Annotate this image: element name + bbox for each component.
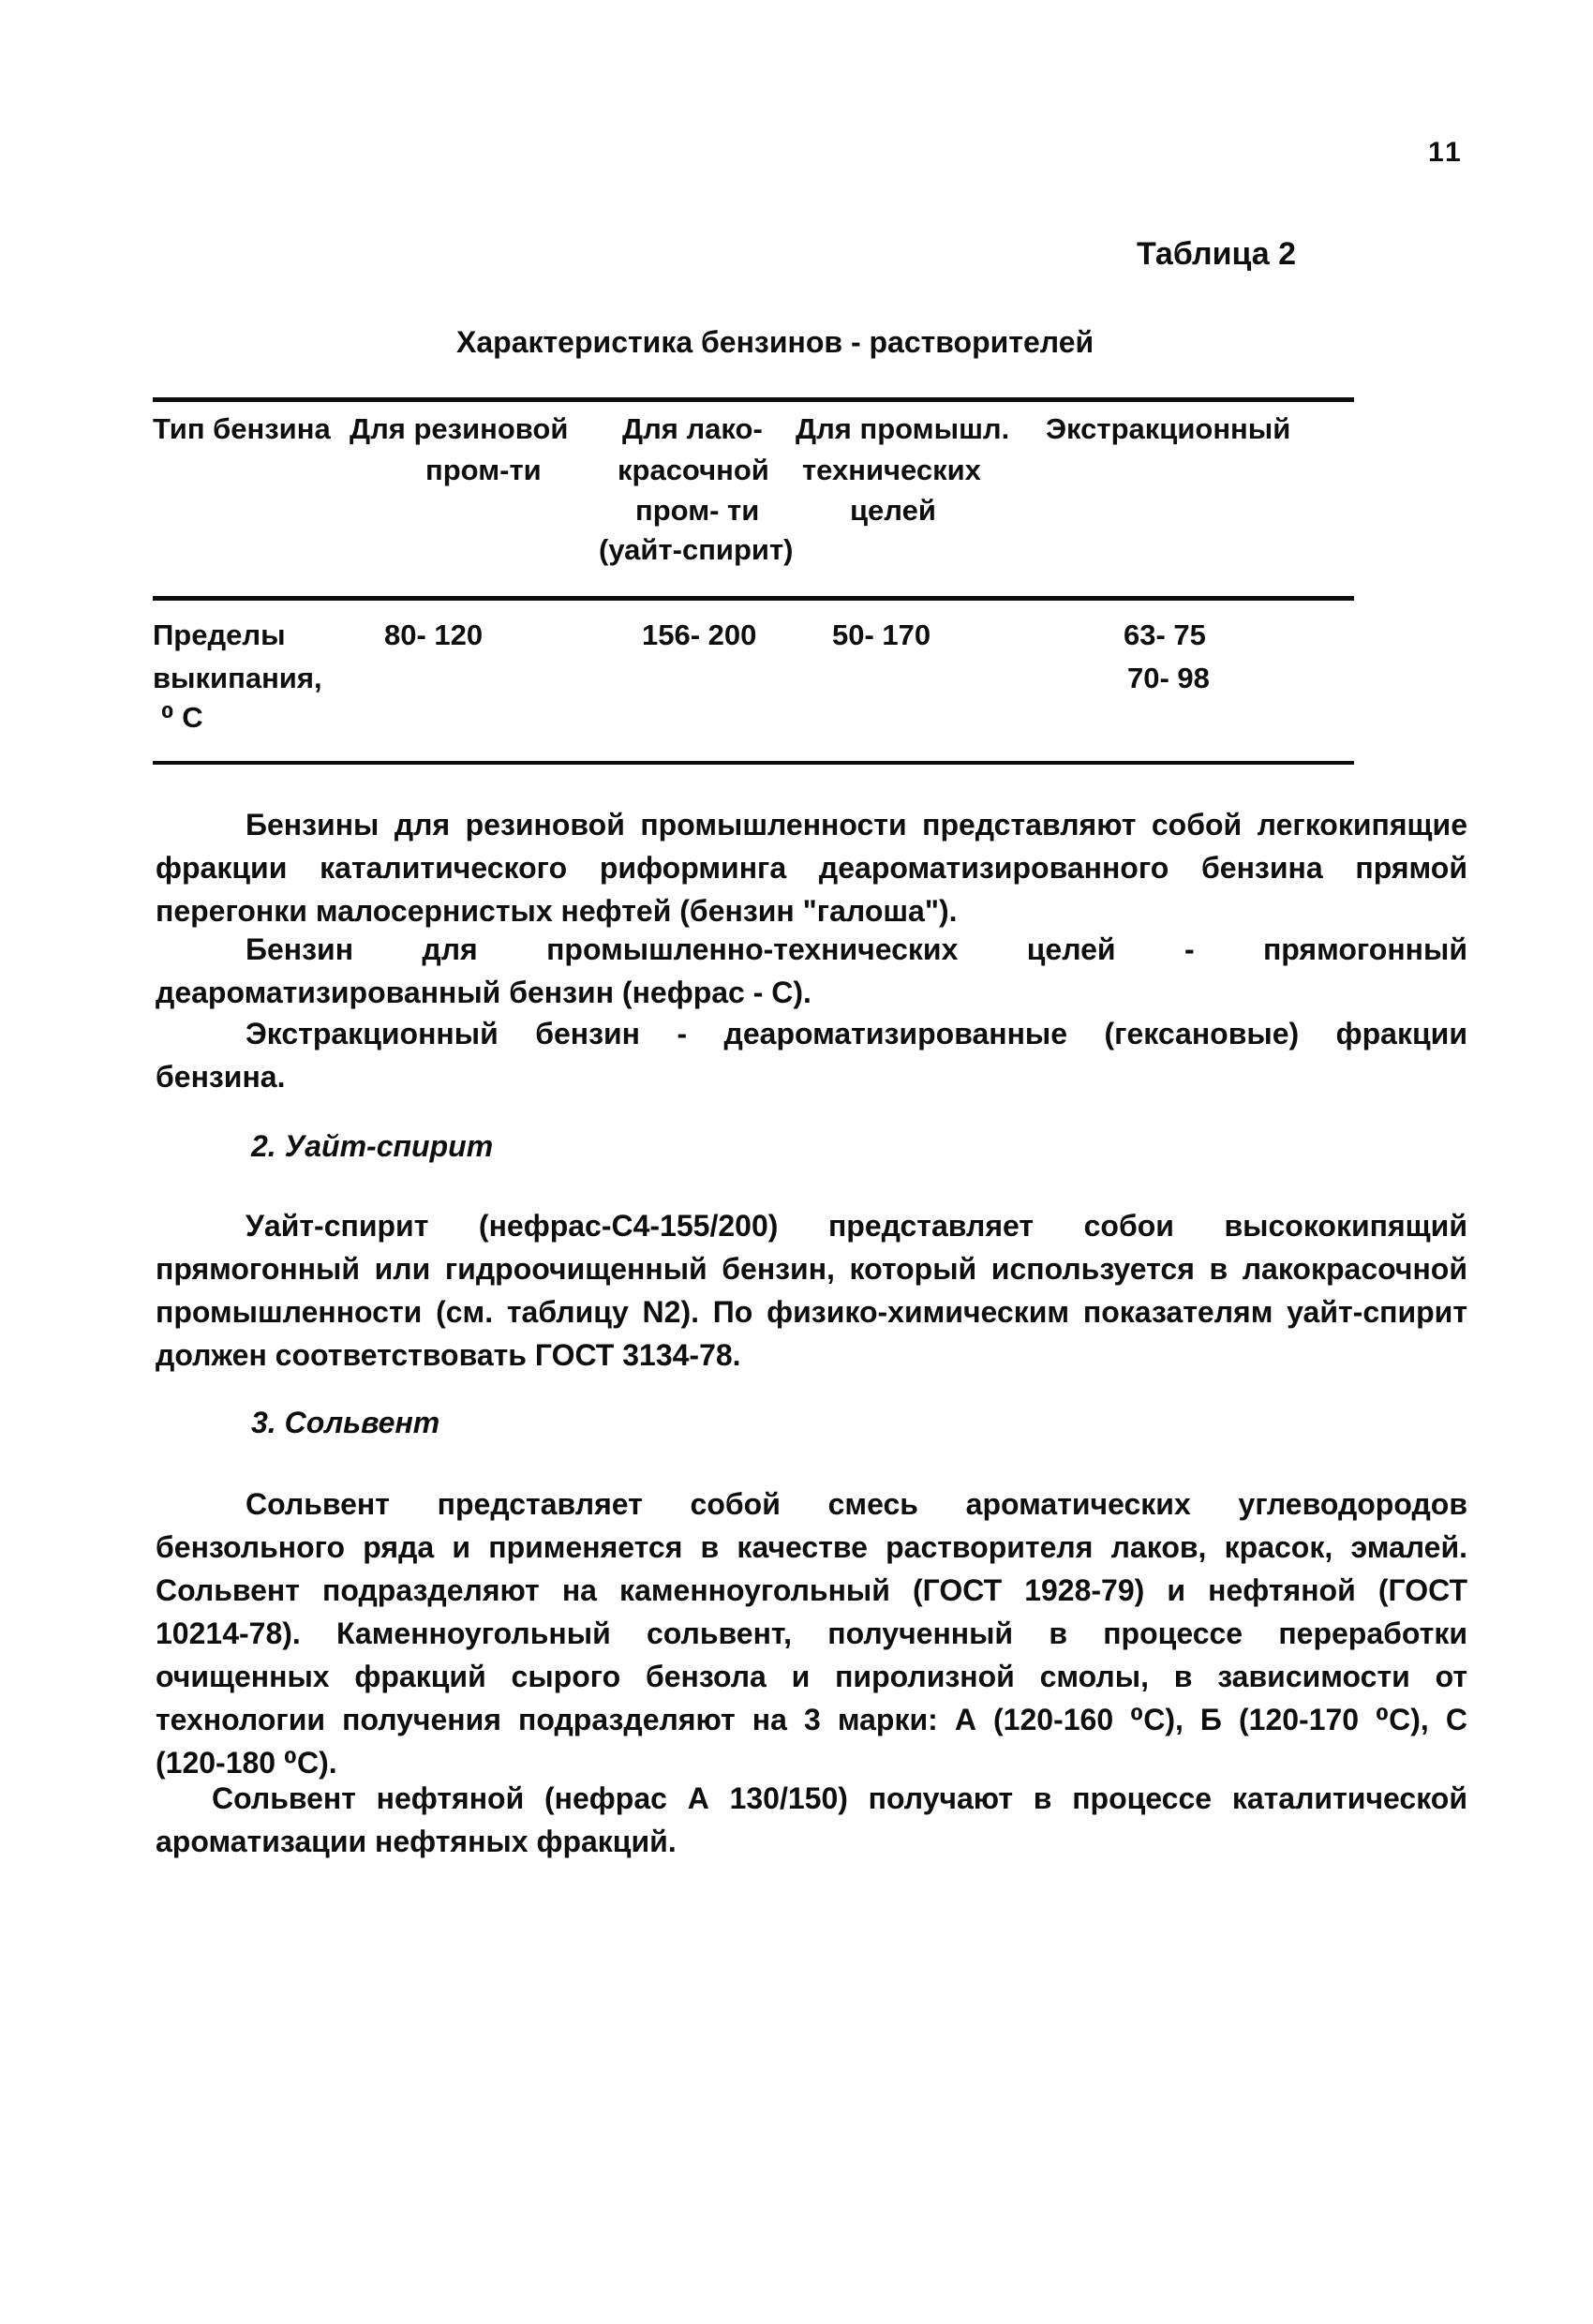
row-label-boiling: Пределы — [153, 618, 286, 652]
column-header-industrial: Для промышл. — [796, 412, 1009, 446]
page-number: 11 — [1428, 137, 1464, 169]
text-line: перегонки малосернистых нефтей (бензин "… — [156, 889, 1467, 932]
characteristics-table: Тип бензина Для резиновой пром-ти Для ла… — [153, 397, 1354, 767]
column-header-paint-l3: пром- ти — [635, 494, 759, 528]
text-line: Бензины для резиновой промышленности пре… — [156, 803, 1467, 846]
paragraph-benzines-rubber: Бензины для резиновой промышленности пре… — [156, 803, 1467, 932]
value-industrial: 50- 170 — [832, 618, 930, 652]
column-header-paint-l4: (уайт-спирит) — [599, 533, 793, 567]
paragraph-extraction-benzine: Экстракционный бензин - деароматизирован… — [156, 1012, 1467, 1098]
table-rule-middle — [153, 596, 1354, 601]
text-line: промышленности (см. таблицу N2). По физи… — [156, 1290, 1467, 1333]
text-line: должен соответствовать ГОСТ 3134-78. — [156, 1333, 1467, 1377]
column-header-paint-l2: красочной — [618, 454, 769, 487]
text-line: Сольвент нефтяной (нефрас А 130/150) пол… — [156, 1777, 1467, 1820]
text-line: бензольного ряда и применяется в качеств… — [156, 1526, 1467, 1569]
text-line: Экстракционный бензин - деароматизирован… — [156, 1012, 1467, 1055]
text-line: деароматизированный бензин (нефрас - С). — [156, 971, 1467, 1014]
value-extraction-b: 70- 98 — [1127, 662, 1210, 695]
text-line: Сольвент подразделяют на каменноугольный… — [156, 1569, 1467, 1612]
column-header-industrial-l2: технических — [802, 454, 981, 487]
text-line: фракции каталитического риформинга деаро… — [156, 846, 1467, 889]
text-line: Сольвент представляет собой смесь аромат… — [156, 1482, 1467, 1526]
column-header-industrial-l3: целей — [850, 494, 936, 528]
text-line: технологии получения подразделяют на 3 м… — [156, 1698, 1467, 1741]
paragraph-benzine-industrial: Бензин для промышленно-технических целей… — [156, 928, 1467, 1014]
table-rule-bottom — [153, 761, 1354, 765]
column-header-paint: Для лако- — [622, 412, 763, 446]
table-caption: Характеристика бензинов - растворителей — [456, 325, 1094, 360]
paragraph-white-spirit: Уайт-спирит (нефрас-С4-155/200) представ… — [156, 1204, 1467, 1377]
text-line: бензина. — [156, 1055, 1467, 1098]
section-heading-white-spirit: 2. Уайт-спирит — [156, 1127, 1467, 1165]
text-line: Бензин для промышленно-технических целей… — [156, 928, 1467, 971]
section-heading-solvent: 3. Сольвент — [156, 1404, 1467, 1441]
table-rule-top — [153, 397, 1354, 402]
table-label: Таблица 2 — [1137, 236, 1296, 273]
paragraph-solvent: Сольвент представляет собой смесь аромат… — [156, 1482, 1467, 1784]
value-extraction-a: 63- 75 — [1124, 618, 1206, 652]
row-label-boiling-l2: выкипания, — [153, 662, 322, 695]
text-line: 10214-78). Каменноугольный сольвент, пол… — [156, 1612, 1467, 1655]
value-rubber: 80- 120 — [384, 618, 483, 652]
scanned-document-page: 11 Таблица 2 Характеристика бензинов - р… — [0, 0, 1593, 2324]
text-line: Уайт-спирит (нефрас-С4-155/200) представ… — [156, 1204, 1467, 1247]
text-line: очищенных фракций сырого бензола и пирол… — [156, 1655, 1467, 1698]
column-header-extraction: Экстракционный — [1046, 412, 1290, 446]
column-header-rubber-l2: пром-ти — [425, 454, 542, 487]
text-line: прямогонный или гидроочищенный бензин, к… — [156, 1247, 1467, 1290]
text-line: ароматизации нефтяных фракций. — [156, 1820, 1467, 1863]
column-header-rubber: Для резиновой — [350, 412, 568, 446]
paragraph-solvent-petroleum: Сольвент нефтяной (нефрас А 130/150) пол… — [156, 1777, 1467, 1863]
column-header-type: Тип бензина — [153, 412, 331, 446]
value-paint: 156- 200 — [642, 618, 756, 652]
row-label-boiling-l3: ⁰ С — [161, 701, 203, 735]
